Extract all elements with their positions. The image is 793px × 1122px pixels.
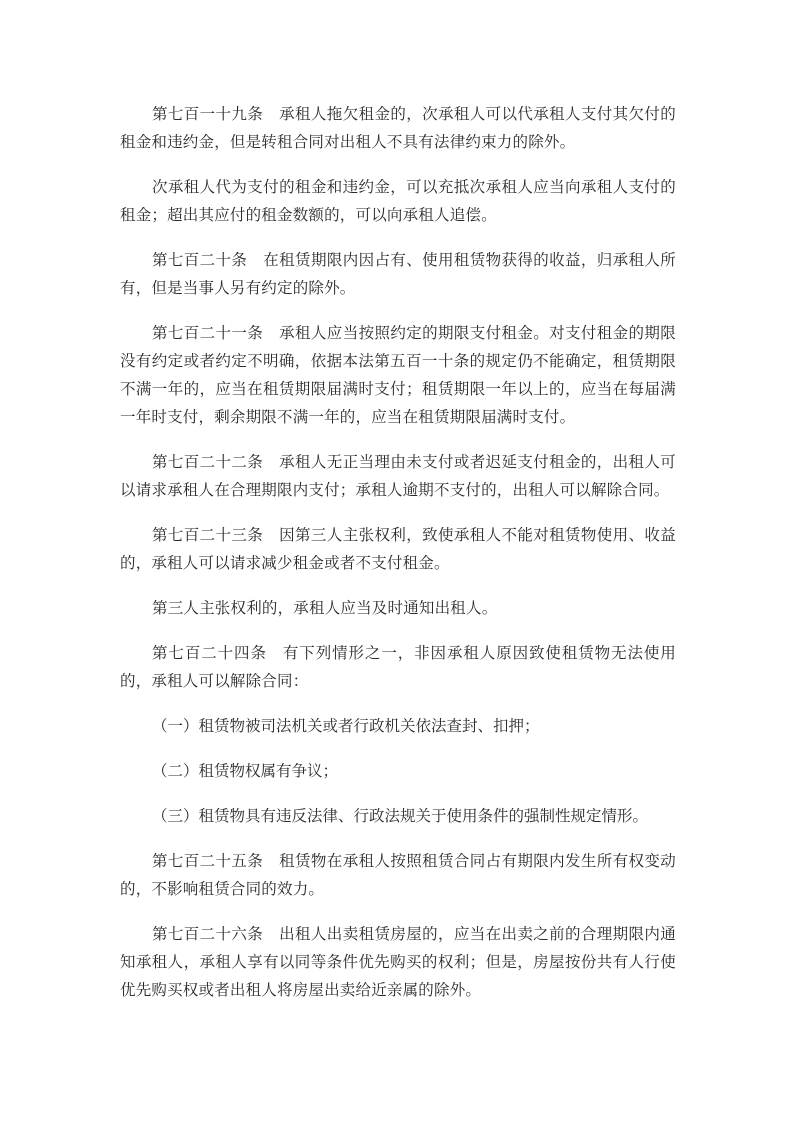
article-text: 次承租人代为支付的租金和违约金，可以充抵次承租人应当向承租人支付的租金；超出其应… — [120, 178, 676, 224]
document-page: 第七百一十九条承租人拖欠租金的，次承租人可以代承租人支付其欠付的租金和违约金，但… — [120, 100, 676, 1021]
list-item-3: （三）租赁物具有违反法律、行政法规关于使用条件的强制性规定情形。 — [120, 802, 676, 830]
article-726: 第七百二十六条出租人出卖租赁房屋的，应当在出卖之前的合理期限内通知承租人，承租人… — [120, 920, 676, 1004]
list-item-2: （二）租赁物权属有争议； — [120, 757, 676, 785]
article-723-paragraph-2: 第三人主张权利的，承租人应当及时通知出租人。 — [120, 594, 676, 622]
article-text: 第三人主张权利的，承租人应当及时通知出租人。 — [152, 599, 497, 617]
list-item-1: （一）租赁物被司法机关或者行政机关依法查封、扣押； — [120, 712, 676, 740]
article-719-paragraph-2: 次承租人代为支付的租金和违约金，可以充抵次承租人应当向承租人支付的租金；超出其应… — [120, 173, 676, 229]
article-723: 第七百二十三条因第三人主张权利，致使承租人不能对租赁物使用、收益的，承租人可以请… — [120, 521, 676, 577]
article-number: 第七百二十三条 — [152, 526, 263, 544]
article-number: 第七百二十六条 — [152, 925, 263, 943]
article-722: 第七百二十二条承租人无正当理由未支付或者迟延支付租金的，出租人可以请求承租人在合… — [120, 448, 676, 504]
article-number: 第七百二十二条 — [152, 453, 263, 471]
article-number: 第七百一十九条 — [152, 105, 263, 123]
article-721: 第七百二十一条承租人应当按照约定的期限支付租金。对支付租金的期限没有约定或者约定… — [120, 319, 676, 431]
article-number: 第七百二十五条 — [152, 852, 263, 870]
article-number: 第七百二十条 — [152, 251, 247, 269]
article-720: 第七百二十条在租赁期限内因占有、使用租赁物获得的收益，归承租人所有，但是当事人另… — [120, 246, 676, 302]
article-number: 第七百二十四条 — [152, 644, 267, 662]
article-719: 第七百一十九条承租人拖欠租金的，次承租人可以代承租人支付其欠付的租金和违约金，但… — [120, 100, 676, 156]
article-725: 第七百二十五条租赁物在承租人按照租赁合同占有期限内发生所有权变动的，不影响租赁合… — [120, 847, 676, 903]
article-number: 第七百二十一条 — [152, 324, 263, 342]
article-724: 第七百二十四条有下列情形之一，非因承租人原因致使租赁物无法使用的，承租人可以解除… — [120, 639, 676, 695]
